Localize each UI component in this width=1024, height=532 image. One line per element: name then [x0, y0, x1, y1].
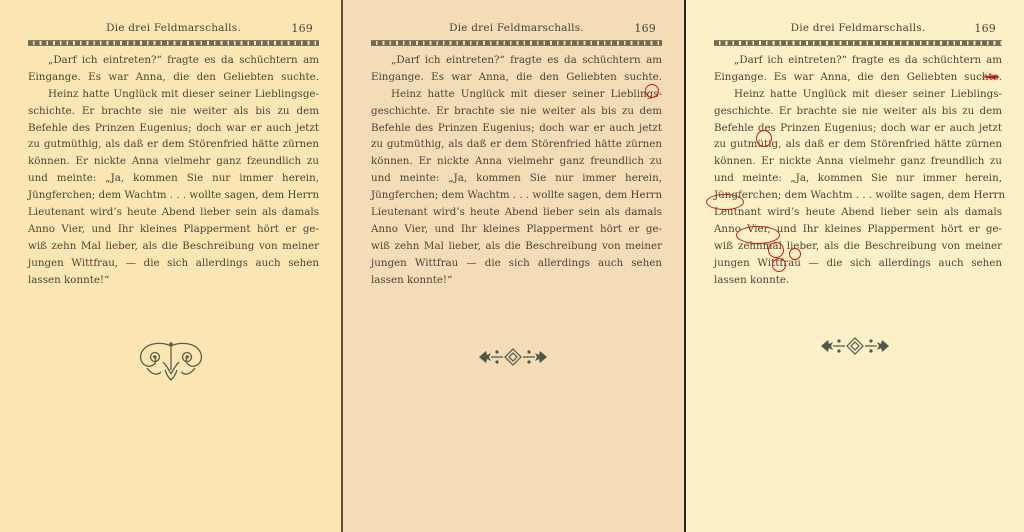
- page-number: 169: [291, 22, 313, 35]
- annotation-circle-hyphen: [645, 84, 659, 98]
- decorative-rule: [714, 40, 1002, 46]
- text-line: Heinz hatte Unglück mit dieser seiner Li…: [28, 86, 319, 103]
- text-line: wiß zehn Mal lieber, als die Beschreibun…: [371, 238, 662, 255]
- running-title: Die drei Feldmarschalls.: [371, 22, 662, 34]
- fleuron-ornament: [819, 336, 891, 356]
- decorative-rule: [28, 40, 319, 46]
- text-line: Jüngferchen; dem Wachtm . . . wollte sag…: [28, 187, 319, 204]
- text-line: Befehle des Prinzen Eugenius; doch war e…: [371, 120, 662, 137]
- text-line: geschichte. Er brachte sie nie weiter al…: [371, 103, 662, 120]
- page-number: 169: [974, 22, 996, 35]
- text-line: können. Er nickte Anna vielmehr ganz fze…: [28, 153, 319, 170]
- page-comparison-spread: Die drei Feldmarschalls. 169 „Darf ich e…: [0, 0, 1024, 532]
- text-line: „Darf ich eintreten?“ fragte es da schüc…: [28, 52, 319, 69]
- running-head: Die drei Feldmarschalls. 169: [371, 22, 662, 36]
- running-head: Die drei Feldmarschalls. 169: [28, 22, 319, 36]
- page-scan-2: Die drei Feldmarschalls. 169 „Darf ich e…: [341, 0, 684, 532]
- text-line: Jüngferchen; dem Wachtm . . . wollte sag…: [714, 187, 1002, 204]
- text-line: Eingange. Es war Anna, die den Geliebten…: [28, 69, 319, 86]
- text-line: Leutnant wird’s heute Abend lieber sein …: [714, 204, 1002, 221]
- text-line: schichte. Er brachte sie nie weiter als …: [28, 103, 319, 120]
- floral-vignette-ornament: [133, 340, 209, 382]
- text-line: Lieutenant wird’s heute Abend lieber sei…: [28, 204, 319, 221]
- text-line: Lieutenant wird’s heute Abend lieber sei…: [371, 204, 662, 221]
- text-line: „Darf ich eintreten?“ fragte es da schüc…: [371, 52, 662, 69]
- body-text: „Darf ich eintreten?“ fragte es da schüc…: [28, 52, 319, 288]
- annotation-circle-period: [772, 258, 786, 272]
- body-text: „Darf ich eintreten?“ fragte es da schüc…: [714, 52, 1002, 288]
- text-line: lassen konnte!“: [371, 272, 662, 289]
- text-line: jungen Wittfrau — die sich allerdings au…: [714, 255, 1002, 272]
- annotation-circle-wittfrau: [768, 242, 784, 258]
- text-line: Eingange. Es war Anna, die den Geliebten…: [714, 69, 1002, 86]
- annotation-circle-gutmutig: [756, 130, 772, 147]
- text-line: jungen Wittfrau — die sich allerdings au…: [371, 255, 662, 272]
- annotation-circle-leutnant: [706, 194, 744, 210]
- fleuron-ornament: [477, 347, 549, 367]
- decorative-rule: [371, 40, 662, 46]
- text-line: und meinte: „Ja, kommen Sie nur immer he…: [714, 170, 1002, 187]
- running-title: Die drei Feldmarschalls.: [28, 22, 319, 34]
- text-line: lassen konnte!“: [28, 272, 319, 289]
- text-line: Anno Vier, und Ihr kleines Plapperment h…: [28, 221, 319, 238]
- running-title: Die drei Feldmarschalls.: [714, 22, 1002, 34]
- text-line: Befehle des Prinzen Eugenius; doch war e…: [28, 120, 319, 137]
- text-line: zu gutmüthig, als daß er dem Störenfried…: [371, 136, 662, 153]
- text-line: „Darf ich eintreten?“ fragte es da schüc…: [714, 52, 1002, 69]
- running-head: Die drei Feldmarschalls. 169: [714, 22, 1002, 36]
- page-scan-3: Die drei Feldmarschalls. 169 „Darf ich e…: [684, 0, 1024, 532]
- text-line: geschichte. Er brachte sie nie weiter al…: [714, 103, 1002, 120]
- page-scan-1: Die drei Feldmarschalls. 169 „Darf ich e…: [0, 0, 341, 532]
- body-text: „Darf ich eintreten?“ fragte es da schüc…: [371, 52, 662, 288]
- text-line: und meinte: „Ja, kommen Sie nur immer he…: [28, 170, 319, 187]
- text-line: Eingange. Es war Anna, die den Geliebten…: [371, 69, 662, 86]
- text-line: Heinz hatte Unglück mit dieser seiner Li…: [371, 86, 662, 103]
- text-line: jungen Wittfrau, — die sich allerdings a…: [28, 255, 319, 272]
- text-line: wiß zehn Mal lieber, als die Beschreibun…: [28, 238, 319, 255]
- text-line: zu gutmüthig, als daß er dem Störenfried…: [28, 136, 319, 153]
- text-line: Anno Vier, und Ihr kleines Plapperment h…: [371, 221, 662, 238]
- text-line: können. Er nickte Anna vielmehr ganz fre…: [371, 153, 662, 170]
- text-line: Heinz hatte Unglück mit dieser seiner Li…: [714, 86, 1002, 103]
- page-number: 169: [634, 22, 656, 35]
- text-line: können. Er nickte Anna vielmehr ganz fre…: [714, 153, 1002, 170]
- text-line: Jüngferchen; dem Wachtm . . . wollte sag…: [371, 187, 662, 204]
- text-line: und meinte: „Ja, kommen Sie nur immer he…: [371, 170, 662, 187]
- text-line: lassen konnte.: [714, 272, 1002, 289]
- annotation-circle-missing-comma: [789, 248, 801, 260]
